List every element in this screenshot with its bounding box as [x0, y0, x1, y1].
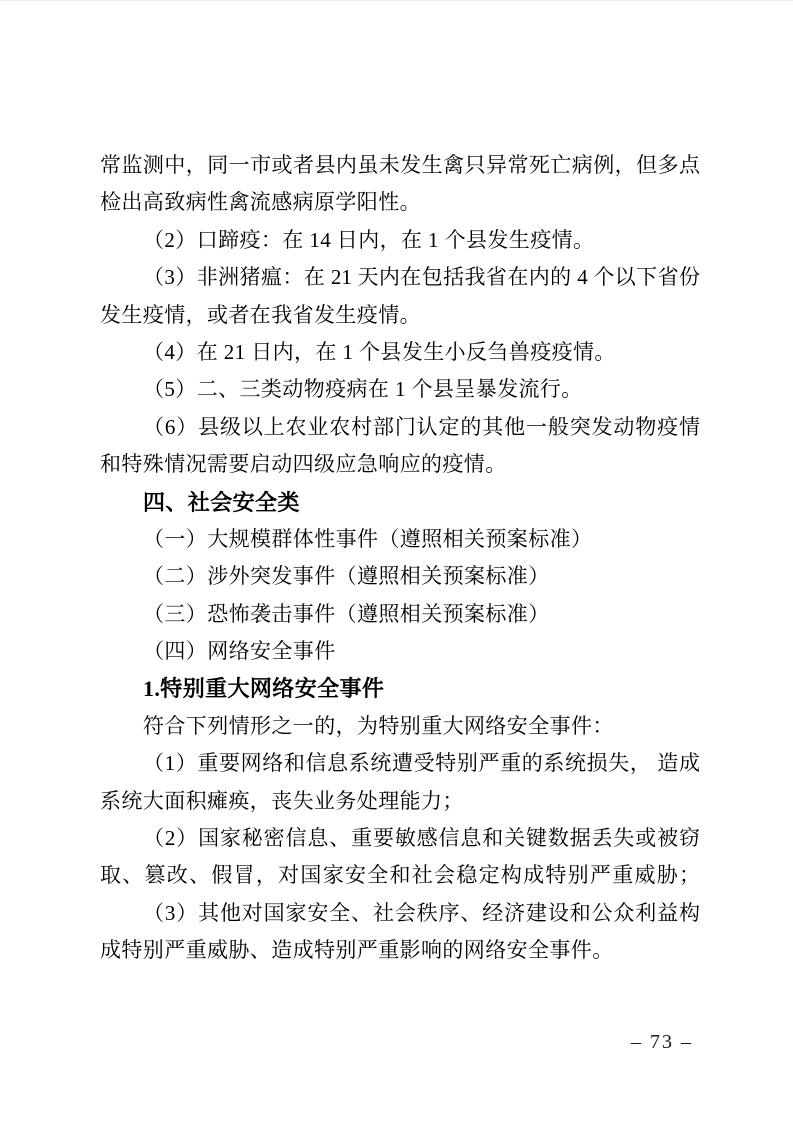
- text-line: 常监测中，同一市或者县内虽未发生禽只异常死亡病例，但多点: [100, 147, 700, 184]
- text-line: （二）涉外突发事件（遵照相关预案标准）: [100, 558, 700, 595]
- text-line: 四、社会安全类: [100, 484, 700, 521]
- text-line: 发生疫情，或者在我省发生疫情。: [100, 297, 700, 334]
- text-line: 取、篡改、假冒，对国家安全和社会稳定构成特别严重威胁；: [100, 857, 700, 894]
- page-number: – 73 –: [631, 1031, 693, 1054]
- text-line: （1）重要网络和信息系统遭受特别严重的系统损失， 造成: [100, 745, 700, 782]
- text-line: 成特别严重威胁、造成特别严重影响的网络安全事件。: [100, 932, 700, 969]
- document-body: 常监测中，同一市或者县内虽未发生禽只异常死亡病例，但多点检出高致病性禽流感病原学…: [100, 147, 700, 970]
- text-line: （5）二、三类动物疫病在 1 个县呈暴发流行。: [100, 371, 700, 408]
- text-line: 1.特别重大网络安全事件: [100, 670, 700, 707]
- text-line: 检出高致病性禽流感病原学阳性。: [100, 184, 700, 221]
- text-line: （6）县级以上农业农村部门认定的其他一般突发动物疫情: [100, 409, 700, 446]
- text-line: （3）非洲猪瘟：在 21 天内在包括我省在内的 4 个以下省份: [100, 259, 700, 296]
- text-line: （一）大规模群体性事件（遵照相关预案标准）: [100, 521, 700, 558]
- document-page: 常监测中，同一市或者县内虽未发生禽只异常死亡病例，但多点检出高致病性禽流感病原学…: [0, 0, 793, 1122]
- text-line: （2）口蹄疫：在 14 日内，在 1 个县发生疫情。: [100, 222, 700, 259]
- text-line: （3）其他对国家安全、社会秩序、经济建设和公众利益构: [100, 895, 700, 932]
- text-line: 和特殊情况需要启动四级应急响应的疫情。: [100, 446, 700, 483]
- text-line: 系统大面积瘫痪，丧失业务处理能力；: [100, 783, 700, 820]
- text-line: （2）国家秘密信息、重要敏感信息和关键数据丢失或被窃: [100, 820, 700, 857]
- text-line: （四）网络安全事件: [100, 633, 700, 670]
- text-line: （4）在 21 日内，在 1 个县发生小反刍兽疫疫情。: [100, 334, 700, 371]
- text-line: 符合下列情形之一的，为特别重大网络安全事件：: [100, 708, 700, 745]
- text-line: （三）恐怖袭击事件（遵照相关预案标准）: [100, 596, 700, 633]
